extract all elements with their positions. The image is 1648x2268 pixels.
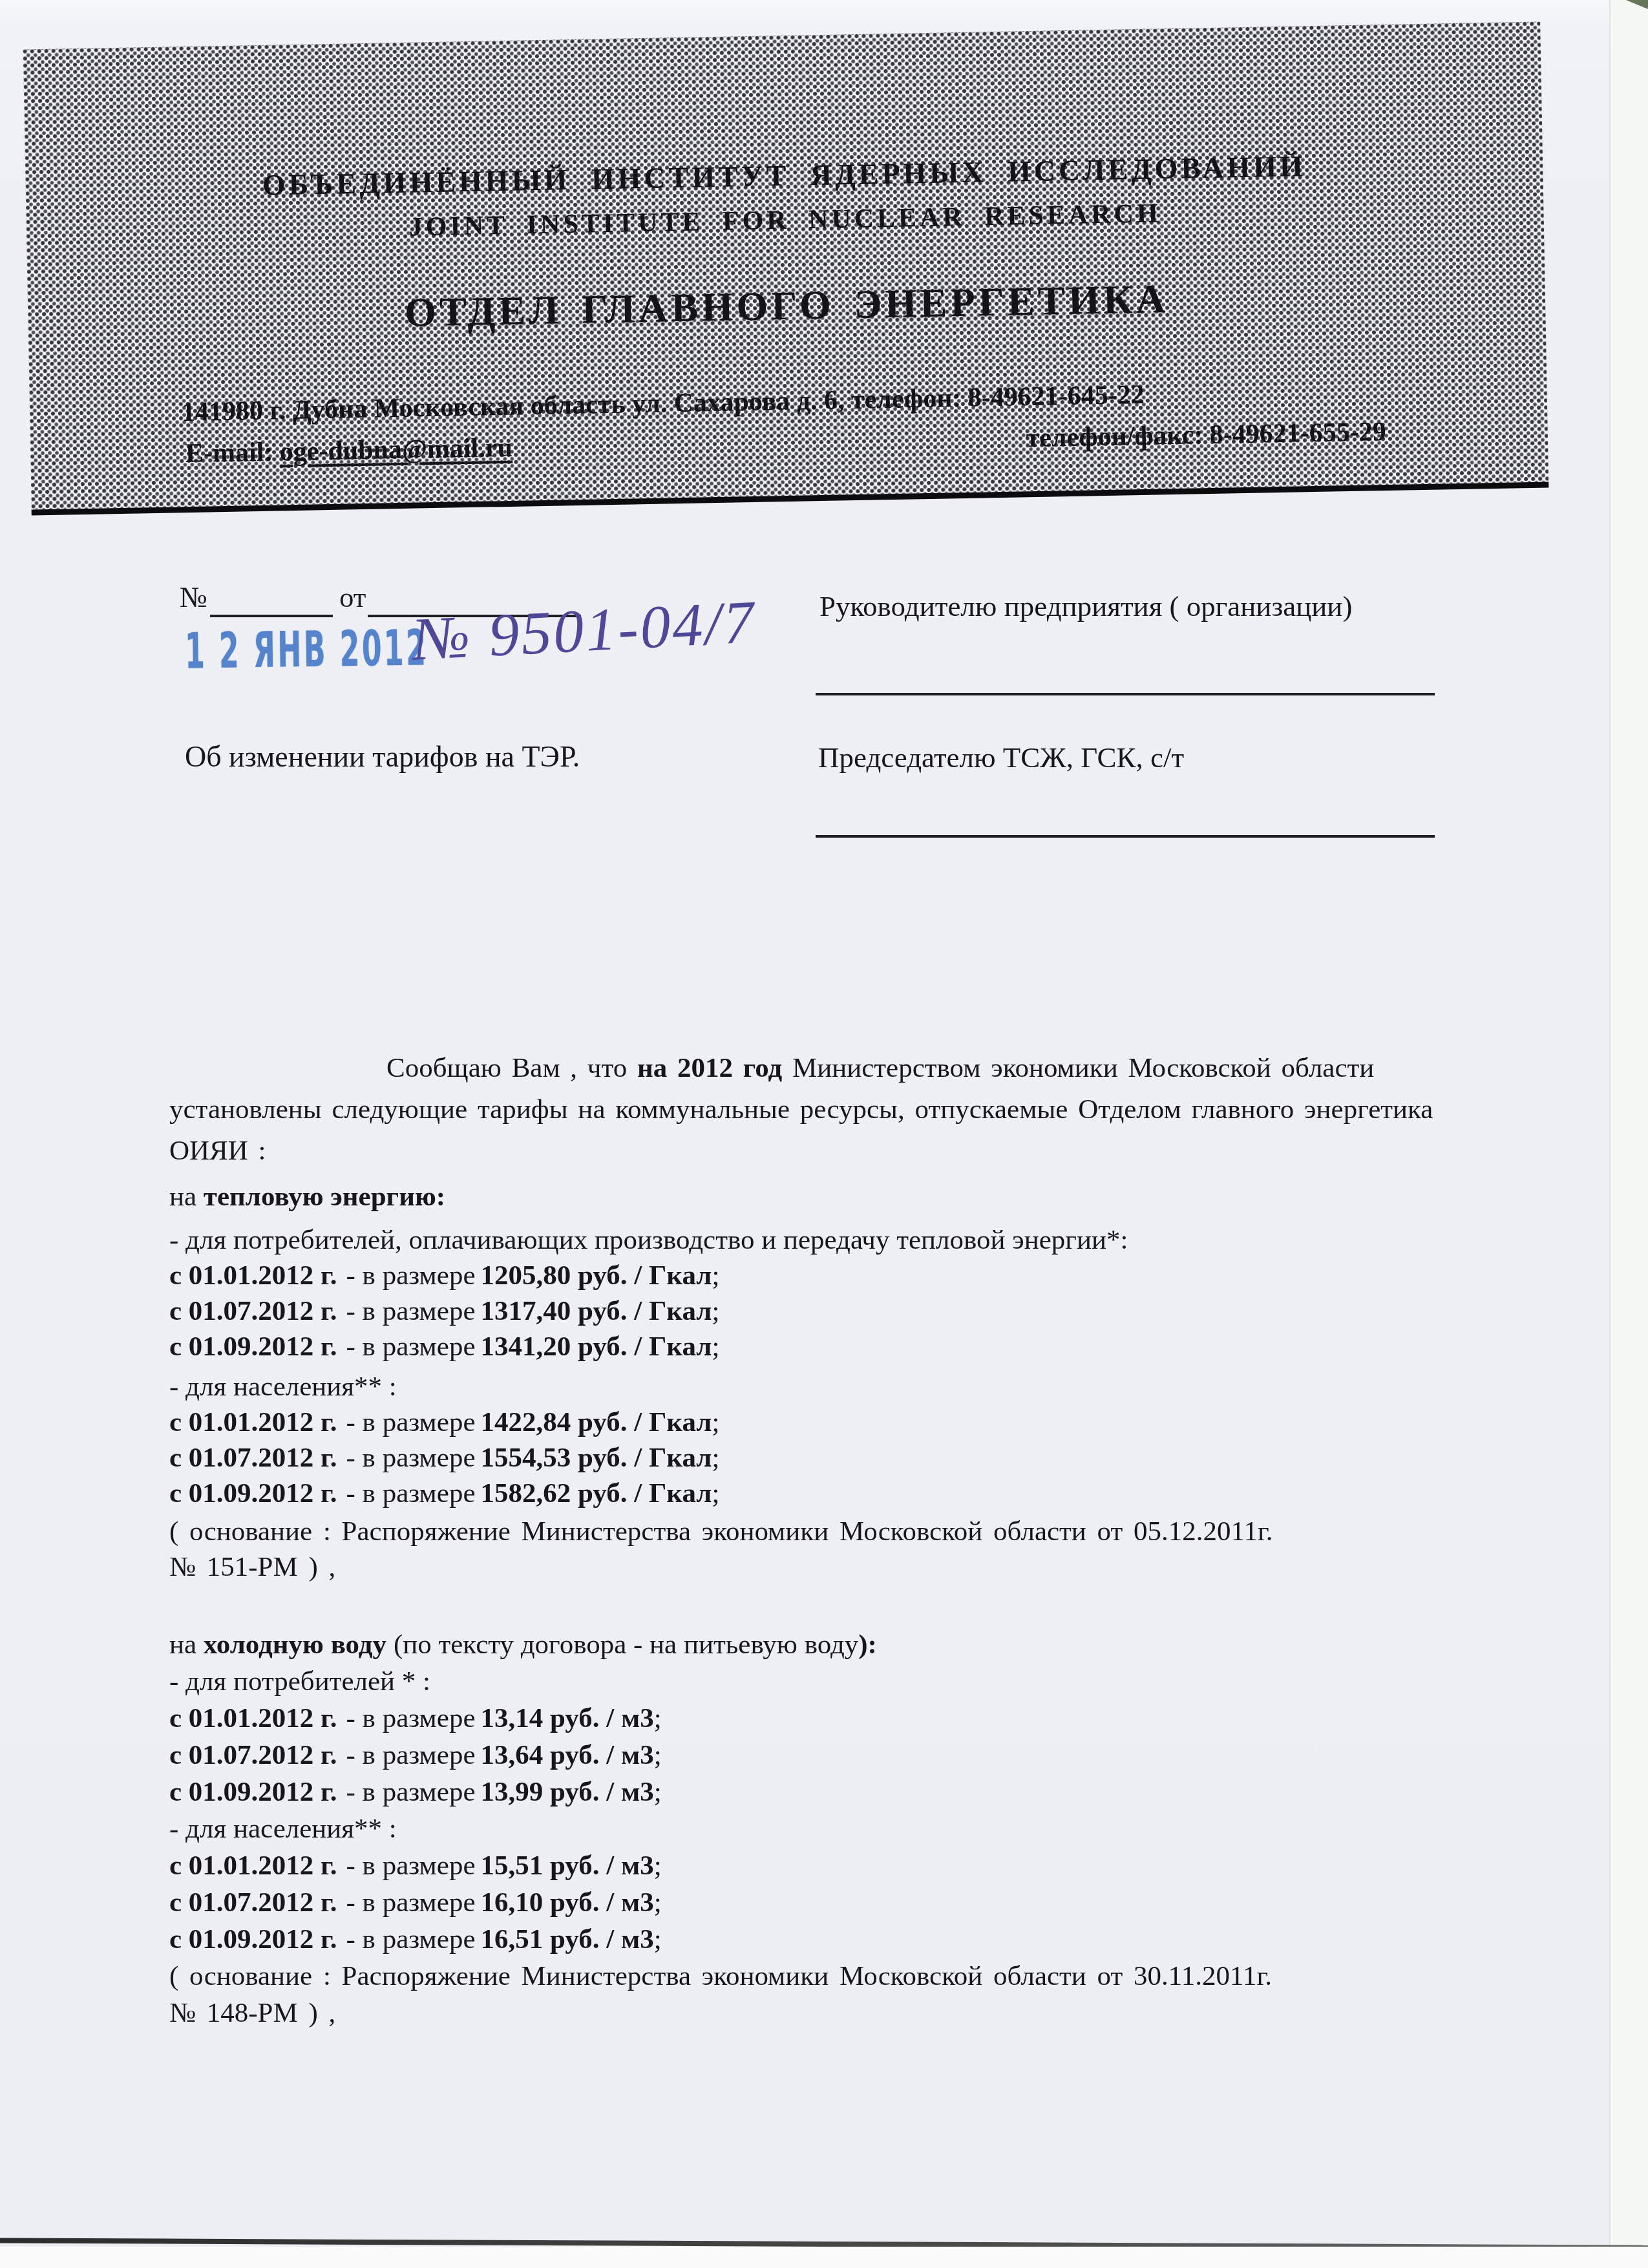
phone-fax-line: телефон/факс: 8-49621-655-29	[1026, 416, 1386, 454]
tariff-date: с 01.07.2012 г.	[169, 1296, 337, 1326]
tariff-date: с 01.01.2012 г.	[169, 1260, 337, 1291]
section-title: на холодную воду (по тексту договора - н…	[169, 1626, 1468, 1663]
scanner-bottom-strip	[0, 2247, 1648, 2268]
tariff-mid: - в размере	[346, 1478, 476, 1509]
tariff-end: ;	[712, 1260, 719, 1291]
tariff-amount: 1317,40 руб. / Гкал	[480, 1296, 712, 1326]
tariff-amount: 1554,53 руб. / Гкал	[480, 1443, 712, 1473]
scanned-letter-page: ОБЪЕДИНЁННЫЙ ИНСТИТУТ ЯДЕРНЫХ ИССЛЕДОВАН…	[0, 0, 1648, 2268]
tariff-row: с 01.07.2012 г.- в размере16,10 руб. / м…	[169, 1884, 1468, 1921]
tariff-amount: 15,51 руб. / м3	[480, 1850, 653, 1881]
tariff-row: с 01.09.2012 г.- в размере16,51 руб. / м…	[169, 1921, 1468, 1958]
intro-paragraph: Сообщаю Вам , что на 2012 год Министерст…	[169, 1048, 1446, 1172]
tariff-row: с 01.01.2012 г.- в размере15,51 руб. / м…	[169, 1847, 1468, 1884]
tariff-mid: - в размере	[346, 1887, 476, 1918]
tariff-amount: 1341,20 руб. / Гкал	[480, 1331, 712, 1362]
tariff-mid: - в размере	[346, 1296, 476, 1326]
intro-bold-year: на 2012 год	[637, 1053, 782, 1083]
tariff-row: с 01.07.2012 г.- в размере13,64 руб. / м…	[169, 1737, 1468, 1774]
tariff-end: ;	[654, 1740, 662, 1770]
tariff-end: ;	[712, 1296, 719, 1326]
tariff-mid: - в размере	[346, 1740, 476, 1770]
basis-line: ( основание : Распоряжение Министерства …	[169, 1958, 1468, 1995]
consumers-heading: - для потребителей * :	[169, 1663, 1468, 1700]
tariff-row: с 01.09.2012 г.- в размере1582,62 руб. /…	[169, 1476, 1468, 1511]
tariff-row: с 01.07.2012 г.- в размере1317,40 руб. /…	[169, 1293, 1468, 1329]
population-heading: - для населения** :	[169, 1369, 1468, 1404]
tariff-amount: 1205,80 руб. / Гкал	[480, 1260, 712, 1291]
tariff-mid: - в размере	[346, 1260, 476, 1291]
water-section: на холодную воду (по тексту договора - н…	[169, 1626, 1468, 2031]
tariff-row: с 01.01.2012 г.- в размере13,14 руб. / м…	[169, 1700, 1468, 1737]
title-prefix: на	[169, 1182, 196, 1212]
email-label: E-mail:	[185, 438, 273, 469]
number-sign: №	[180, 581, 207, 613]
basis-line: № 151-РМ ) ,	[169, 1549, 1468, 1585]
tariff-amount: 13,99 руб. / м3	[480, 1777, 653, 1807]
tariff-amount: 16,10 руб. / м3	[480, 1887, 653, 1918]
date-stamp-text: 1 2 ЯНВ 2012	[184, 619, 428, 679]
title-close: ):	[858, 1629, 877, 1660]
blank-underline	[210, 608, 333, 617]
tariff-date: с 01.09.2012 г.	[169, 1924, 337, 1955]
addressee-rule-1	[816, 693, 1435, 695]
tariff-end: ;	[712, 1331, 719, 1362]
tariff-mid: - в размере	[346, 1443, 476, 1473]
subject-line: Об изменении тарифов на ТЭР.	[185, 739, 580, 774]
title-bold: тепловую энергию:	[204, 1182, 445, 1212]
tariff-row: с 01.09.2012 г.- в размере13,99 руб. / м…	[169, 1774, 1468, 1810]
tariff-row: с 01.07.2012 г.- в размере1554,53 руб. /…	[169, 1440, 1468, 1476]
tariff-row: с 01.01.2012 г.- в размере1205,80 руб. /…	[169, 1258, 1468, 1293]
tariff-row: с 01.01.2012 г.- в размере1422,84 руб. /…	[169, 1404, 1468, 1440]
tariff-amount: 1422,84 руб. / Гкал	[480, 1407, 712, 1437]
tariff-amount: 13,14 руб. / м3	[480, 1703, 653, 1733]
tariff-end: ;	[654, 1924, 662, 1955]
tariff-amount: 13,64 руб. / м3	[480, 1740, 653, 1770]
intro-part1: Сообщаю Вам , что	[386, 1053, 627, 1083]
tariff-date: с 01.01.2012 г.	[169, 1407, 337, 1437]
tariff-date: с 01.07.2012 г.	[169, 1887, 337, 1918]
title-bold: холодную воду	[204, 1629, 386, 1660]
tariff-date: с 01.09.2012 г.	[169, 1331, 337, 1362]
letterhead-block: ОБЪЕДИНЁННЫЙ ИНСТИТУТ ЯДЕРНЫХ ИССЛЕДОВАН…	[23, 22, 1549, 516]
tariff-row: с 01.09.2012 г.- в размере1341,20 руб. /…	[169, 1329, 1468, 1364]
heat-section: на тепловую энергию: - для потребителей,…	[169, 1179, 1468, 1585]
basis-line: № 148-РМ ) ,	[169, 1995, 1468, 2031]
department-name: ОТДЕЛ ГЛАВНОГО ЭНЕРГЕТИКА	[28, 268, 1546, 343]
tariff-date: с 01.01.2012 г.	[169, 1703, 337, 1733]
tariff-amount: 1582,62 руб. / Гкал	[480, 1478, 712, 1509]
tariff-mid: - в размере	[346, 1703, 476, 1733]
tariff-date: с 01.09.2012 г.	[169, 1777, 337, 1807]
tariff-end: ;	[654, 1703, 662, 1733]
section-title: на тепловую энергию:	[169, 1179, 1468, 1214]
title-note: (по тексту договора - на питьевую воду	[394, 1629, 858, 1660]
from-word: от	[339, 581, 366, 613]
intro-part2: Министерством экономики Московской облас…	[169, 1053, 1433, 1166]
tariff-end: ;	[712, 1478, 719, 1509]
tariff-mid: - в размере	[346, 1924, 476, 1955]
tariff-mid: - в размере	[346, 1850, 476, 1881]
addressee-rule-2	[816, 835, 1435, 838]
email-line: E-mail: oge-dubna@mail.ru	[185, 432, 513, 469]
scanner-edge-strip	[1609, 0, 1648, 2268]
population-heading: - для населения** :	[169, 1810, 1468, 1847]
tariff-end: ;	[654, 1850, 662, 1881]
tariff-mid: - в размере	[346, 1331, 476, 1362]
addressee-line-1: Руководителю предприятия ( организации)	[819, 589, 1352, 623]
address-phone-line: 141980 г. Дубна Московская область ул. С…	[181, 379, 1145, 428]
tariff-amount: 16,51 руб. / м3	[480, 1924, 653, 1955]
tariff-date: с 01.07.2012 г.	[169, 1740, 337, 1770]
email-address: oge-dubna@mail.ru	[279, 433, 512, 467]
tariff-end: ;	[712, 1407, 719, 1437]
basis-line: ( основание : Распоряжение Министерства …	[169, 1514, 1468, 1549]
tariff-mid: - в размере	[346, 1777, 476, 1807]
tariff-date: с 01.09.2012 г.	[169, 1478, 337, 1509]
addressee-line-2: Председателю ТСЖ, ГСК, с/т	[818, 741, 1184, 774]
tariff-end: ;	[712, 1443, 719, 1473]
tariff-date: с 01.07.2012 г.	[169, 1443, 337, 1473]
tariff-end: ;	[654, 1887, 662, 1918]
tariff-mid: - в размере	[346, 1407, 476, 1437]
consumers-heading: - для потребителей, оплачивающих произво…	[169, 1222, 1468, 1258]
tariff-date: с 01.01.2012 г.	[169, 1850, 337, 1881]
title-prefix: на	[169, 1629, 196, 1660]
tariff-end: ;	[654, 1777, 662, 1807]
